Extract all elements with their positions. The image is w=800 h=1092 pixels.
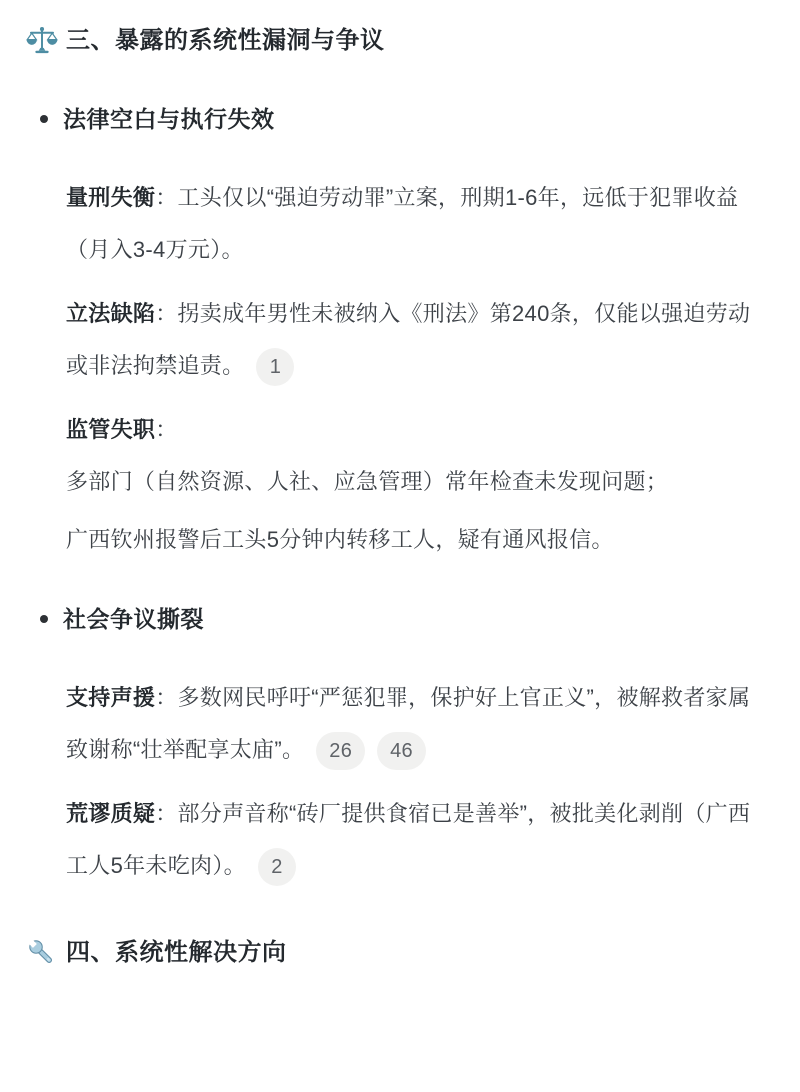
bullet-dot xyxy=(40,115,48,123)
citation-badge[interactable]: 1 xyxy=(256,348,294,386)
citation-badge[interactable]: 46 xyxy=(377,732,426,770)
point-term: 监管失职 xyxy=(66,417,155,442)
point-term: 量刑失衡 xyxy=(66,185,155,210)
point-supervision-failure: 监管失职： xyxy=(0,404,800,456)
point-text: ：部分声音称“砖厂提供食宿已是善举”，被批美化剥削（广西工人5年未吃肉）。 xyxy=(66,801,750,878)
citation-badge[interactable]: 2 xyxy=(258,848,296,886)
bullet-label: 法律空白与执行失效 xyxy=(63,108,275,131)
chat-response: 三、暴露的系统性漏洞与争议 法律空白与执行失效 量刑失衡：工头仅以“强迫劳动罪”… xyxy=(0,0,800,1092)
point-sentencing-imbalance: 量刑失衡：工头仅以“强迫劳动罪”立案，刑期1-6年，远低于犯罪收益（月入3-4万… xyxy=(0,172,800,276)
section-header-exposed-flaws: 三、暴露的系统性漏洞与争议 xyxy=(0,24,800,58)
supervision-detail-inspections: 多部门（自然资源、人社、应急管理）常年检查未发现问题； xyxy=(0,456,800,508)
point-text: ：工头仅以“强迫劳动罪”立案，刑期1-6年，远低于犯罪收益（月入3-4万元）。 xyxy=(66,185,738,262)
balance-scales-icon xyxy=(26,25,58,57)
point-support-voices: 支持声援：多数网民呼吁“严惩犯罪，保护好上官正义”，被解救者家属致谢称“壮举配享… xyxy=(0,672,800,776)
citation-badge[interactable]: 26 xyxy=(316,732,365,770)
point-term: 立法缺陷 xyxy=(66,301,155,326)
point-text: ： xyxy=(155,417,177,442)
bullet-legal-gap: 法律空白与执行失效 xyxy=(0,106,800,132)
point-legislation-defect: 立法缺陷：拐卖成年男性未被纳入《刑法》第240条，仅能以强迫劳动或非法拘禁追责。… xyxy=(0,288,800,392)
bullet-social-controversy: 社会争议撕裂 xyxy=(0,606,800,632)
point-absurd-doubts: 荒谬质疑：部分声音称“砖厂提供食宿已是善举”，被批美化剥削（广西工人5年未吃肉）… xyxy=(0,788,800,892)
point-text: ：拐卖成年男性未被纳入《刑法》第240条，仅能以强迫劳动或非法拘禁追责。 xyxy=(66,301,750,378)
supervision-detail-tipoff: 广西钦州报警后工头5分钟内转移工人，疑有通风报信。 xyxy=(0,514,800,566)
bullet-dot xyxy=(40,615,48,623)
section-header-solutions: 四、系统性解决方向 xyxy=(0,936,800,970)
section-title: 四、系统性解决方向 xyxy=(66,941,287,965)
bullet-label: 社会争议撕裂 xyxy=(63,608,204,631)
wrench-icon xyxy=(26,937,58,969)
point-term: 荒谬质疑 xyxy=(66,801,155,826)
point-term: 支持声援 xyxy=(66,685,155,710)
section-title: 三、暴露的系统性漏洞与争议 xyxy=(66,29,385,53)
